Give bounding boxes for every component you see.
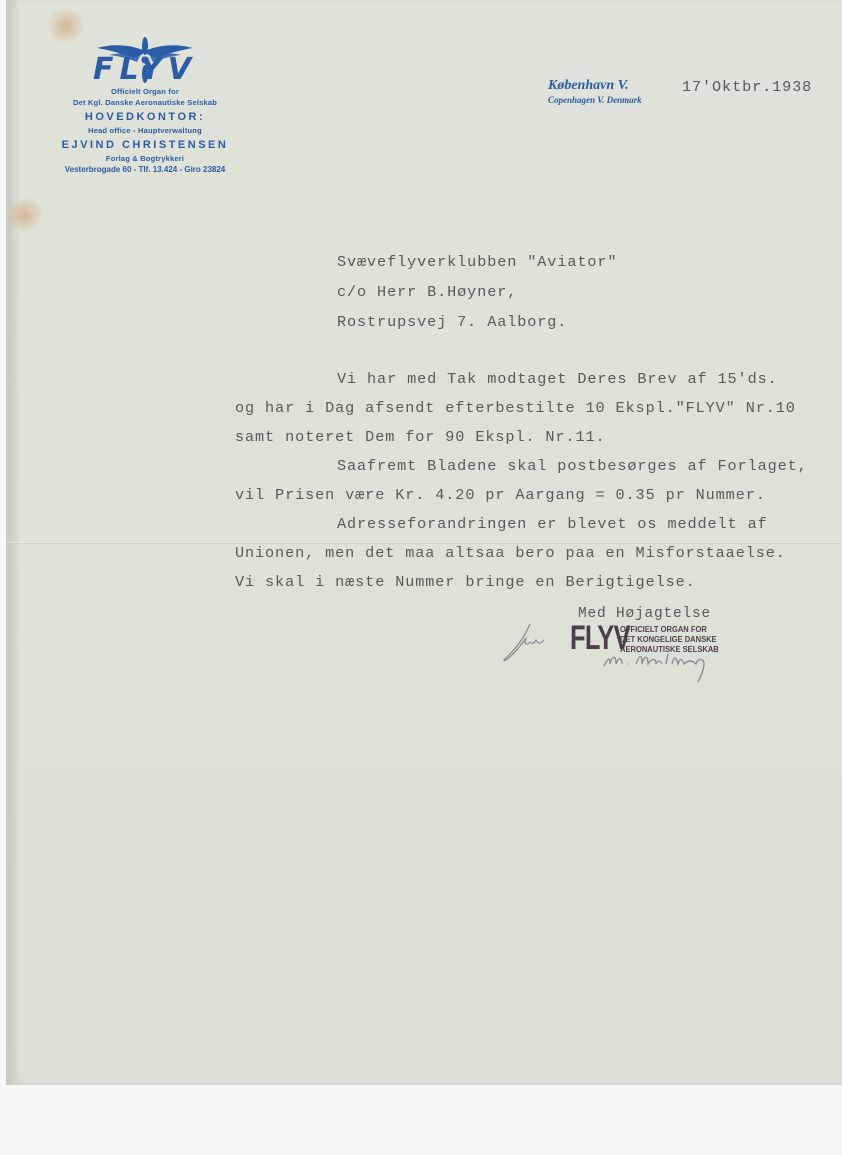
- body-line: og har i Dag afsendt efterbestilte 10 Ek…: [235, 399, 796, 417]
- body-line: vil Prisen være Kr. 4.20 pr Aargang = 0.…: [235, 486, 766, 504]
- stamp-line: OFFICIELT ORGAN FOR: [620, 624, 719, 634]
- recipient-line: c/o Herr B.Høyner,: [337, 283, 517, 301]
- letter-date: 17'Oktbr.1938: [682, 78, 812, 96]
- body-line: samt noteret Dem for 90 Ekspl. Nr.11.: [235, 428, 606, 446]
- letterhead: FLYV Officielt Organ for Det Kgl. Danske…: [40, 36, 250, 176]
- body-line: Unionen, men det maa altsaa bero paa en …: [235, 544, 786, 562]
- organ-line: Officielt Organ for: [40, 86, 250, 97]
- publisher-address: Vesterbrogade 60 - Tlf. 13.424 - Giro 23…: [40, 164, 250, 176]
- stamp-line: DET KONGELIGE DANSKE: [620, 634, 719, 644]
- city-subtitle: Copenhagen V. Denmark: [548, 94, 642, 106]
- organ-line: Det Kgl. Danske Aeronautiske Selskab: [40, 97, 250, 108]
- flyv-logo: FLYV: [75, 36, 215, 84]
- office-subheading: Head office - Hauptverwaltung: [40, 125, 250, 136]
- recipient-line: Rostrupsvej 7. Aalborg.: [337, 313, 567, 331]
- recipient-line: Svæveflyverklubben "Aviator": [337, 253, 617, 271]
- stain-mark: [8, 198, 42, 232]
- body-line: Saafremt Bladene skal postbesørges af Fo…: [337, 457, 808, 475]
- city-block: København V. Copenhagen V. Denmark: [548, 78, 642, 106]
- body-line: Adresseforandringen er blevet os meddelt…: [337, 515, 768, 533]
- handwritten-for-icon: [500, 620, 570, 665]
- city-name: København V.: [548, 78, 642, 94]
- publisher-subtitle: Forlag & Bogtrykkeri: [40, 153, 250, 164]
- body-line: Vi har med Tak modtaget Deres Brev af 15…: [337, 370, 778, 388]
- logo-text: FLYV: [75, 52, 215, 87]
- body-line: Vi skal i næste Nummer bringe en Berigti…: [235, 573, 696, 591]
- publisher-name: EJVIND CHRISTENSEN: [40, 138, 250, 153]
- office-heading: HOVEDKONTOR:: [40, 110, 250, 125]
- handwritten-signature-icon: [600, 648, 725, 686]
